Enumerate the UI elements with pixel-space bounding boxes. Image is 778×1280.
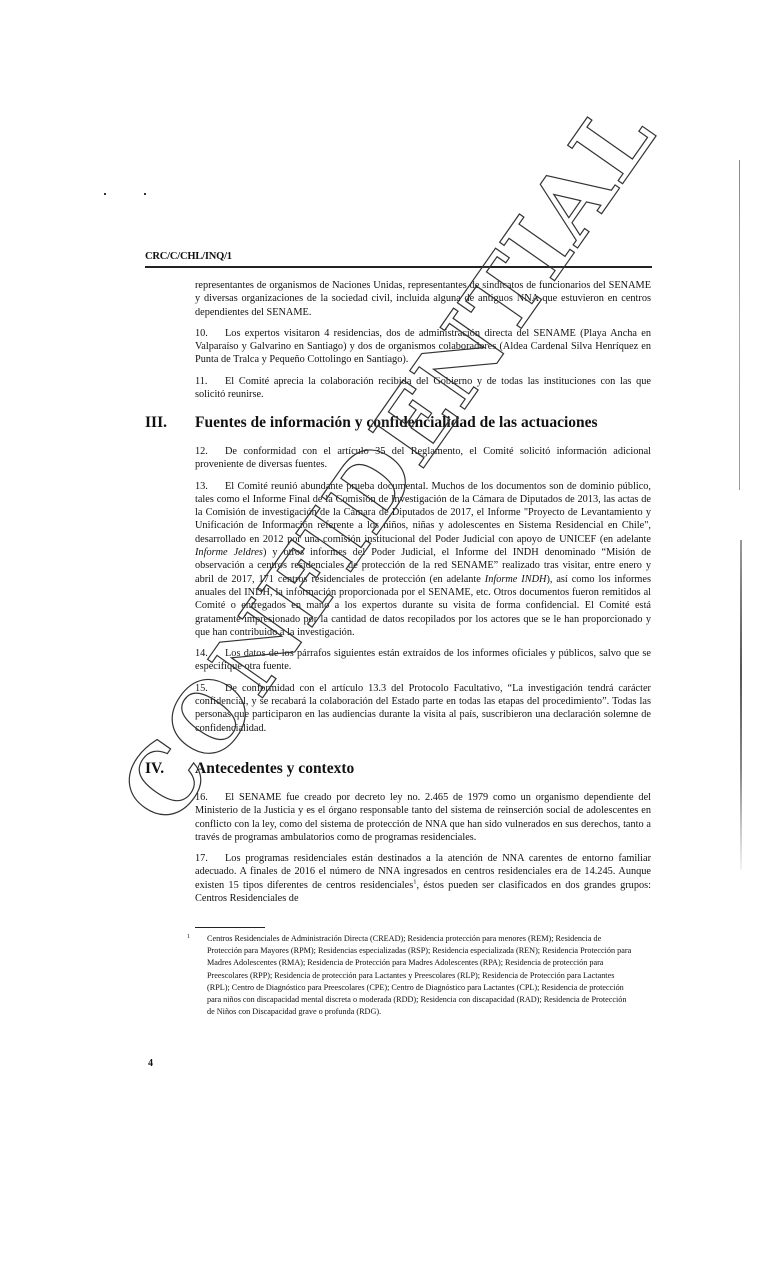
italic-reference: Informe INDH (485, 574, 547, 585)
footnote-mark: 1 (187, 931, 190, 943)
paragraph-text: El Comité reunió abundante prueba docume… (195, 481, 651, 545)
paragraph-number: 16. (195, 791, 225, 804)
paragraph-11: 11.El Comité aprecia la colaboración rec… (195, 375, 651, 402)
paragraph-text: Los expertos visitaron 4 residencias, do… (195, 328, 651, 366)
paragraph-number: 10. (195, 327, 225, 340)
scan-speck (104, 193, 106, 195)
paragraph-16: 16.El SENAME fue creado por decreto ley … (195, 791, 651, 844)
italic-reference: Informe Jeldres (195, 547, 263, 558)
paragraph-number: 11. (195, 375, 225, 388)
paragraph-10: 10.Los expertos visitaron 4 residencias,… (195, 327, 651, 367)
paragraph-12: 12.De conformidad con el artículo 35 del… (195, 445, 651, 472)
paragraph-number: 12. (195, 445, 225, 458)
paragraph-number: 13. (195, 480, 225, 493)
footnote-text: Centros Residenciales de Administración … (195, 933, 635, 1018)
section-number: III. (145, 414, 195, 432)
scan-edge-line (740, 540, 742, 870)
body-top: representantes de organismos de Naciones… (195, 279, 651, 409)
paragraph-text: De conformidad con el artículo 13.3 del … (195, 683, 651, 734)
page-number: 4 (148, 1058, 153, 1069)
paragraph-number: 17. (195, 852, 225, 865)
body-section-iii: 12.De conformidad con el artículo 35 del… (195, 445, 651, 743)
paragraph-13: 13.El Comité reunió abundante prueba doc… (195, 480, 651, 640)
document-symbol: CRC/C/CHL/INQ/1 (145, 251, 232, 262)
paragraph-15: 15.De conformidad con el artículo 13.3 d… (195, 682, 651, 735)
body-section-iv: 16.El SENAME fue creado por decreto ley … (195, 791, 651, 913)
paragraph-text: Los datos de los párrafos siguientes est… (195, 648, 651, 672)
footnote-rule (195, 927, 265, 928)
paragraph-text: El SENAME fue creado por decreto ley no.… (195, 792, 651, 843)
header-rule (145, 266, 652, 268)
paragraph-17: 17.Los programas residenciales están des… (195, 852, 651, 905)
footnote-1: 1 Centros Residenciales de Administració… (195, 933, 635, 1018)
paragraph-number: 14. (195, 647, 225, 660)
section-title: Antecedentes y contexto (195, 760, 354, 777)
section-title: Fuentes de información y confidencialida… (195, 414, 598, 431)
section-number: IV. (145, 760, 195, 778)
paragraph-text: El Comité aprecia la colaboración recibi… (195, 376, 651, 400)
scan-edge-line (739, 160, 740, 490)
scan-speck (144, 193, 146, 195)
paragraph-text: De conformidad con el artículo 35 del Re… (195, 446, 651, 470)
paragraph-9-continued: representantes de organismos de Naciones… (195, 279, 651, 319)
section-heading-iv: IV.Antecedentes y contexto (145, 760, 354, 778)
section-heading-iii: III.Fuentes de información y confidencia… (145, 414, 598, 432)
paragraph-14: 14.Los datos de los párrafos siguientes … (195, 647, 651, 674)
paragraph-number: 15. (195, 682, 225, 695)
